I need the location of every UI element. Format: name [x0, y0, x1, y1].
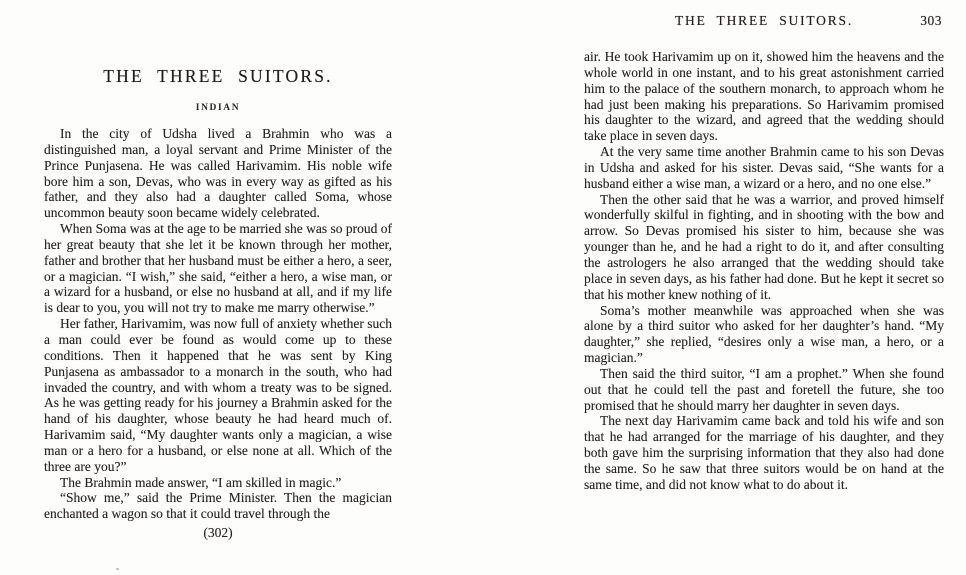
paragraph: “Show me,” said the Prime Minister. Then…	[44, 490, 392, 522]
paragraph: The next day Harivamim came back and tol…	[584, 413, 944, 492]
left-page-number: (302)	[44, 525, 392, 541]
paragraph: Then said the third suitor, “I am a prop…	[584, 366, 944, 414]
right-page: THE THREE SUITORS. 303 air. He took Hari…	[584, 13, 944, 493]
right-page-number: 303	[920, 13, 942, 29]
paragraph: In the city of Udsha lived a Brahmin who…	[44, 126, 392, 221]
paragraph: Her father, Harivamim, was now full of a…	[44, 316, 392, 474]
paragraph: At the very same time another Brahmin ca…	[584, 144, 944, 192]
paragraph: The Brahmin made answer, “I am skilled i…	[44, 475, 392, 491]
running-head: THE THREE SUITORS. 303	[584, 13, 944, 30]
paragraph: Then the other said that he was a warrio…	[584, 192, 944, 303]
scan-speck	[116, 568, 119, 570]
story-title: THE THREE SUITORS.	[44, 66, 392, 87]
running-head-title: THE THREE SUITORS.	[584, 13, 944, 29]
right-page-body: air. He took Harivamim up on it, showed …	[584, 49, 944, 493]
story-origin-label: INDIAN	[44, 103, 392, 113]
paragraph: When Soma was at the age to be married s…	[44, 221, 392, 316]
paragraph: air. He took Harivamim up on it, showed …	[584, 49, 944, 144]
paragraph: Soma’s mother meanwhile was approached w…	[584, 303, 944, 366]
book-scan: THE THREE SUITORS. INDIAN In the city of…	[0, 0, 966, 575]
scan-speck	[369, 136, 371, 138]
left-page-body: In the city of Udsha lived a Brahmin who…	[44, 126, 392, 522]
left-page: THE THREE SUITORS. INDIAN In the city of…	[44, 66, 392, 541]
